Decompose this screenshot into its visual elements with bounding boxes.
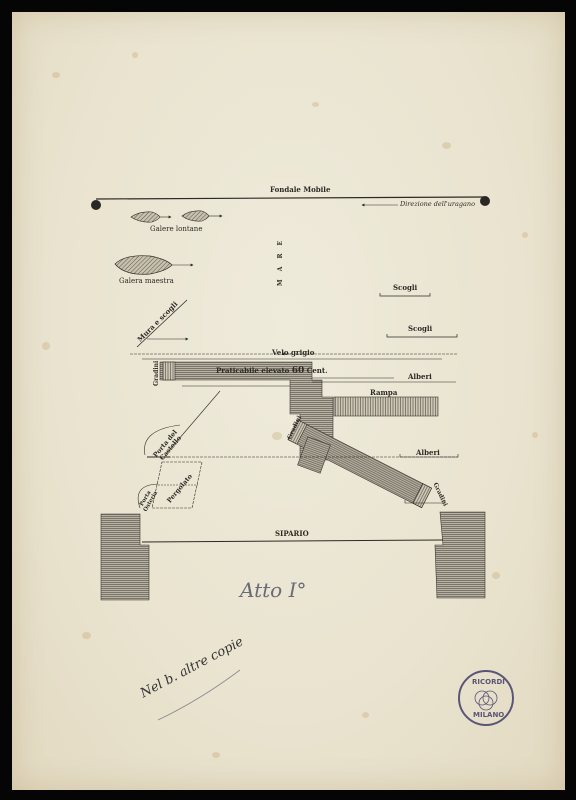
steps-left (163, 362, 175, 380)
label-alberi-1: Alberi (408, 373, 432, 380)
label-rampa: Rampa (370, 389, 397, 396)
label-praticabile: Praticabile elevato 60 Cent. (216, 367, 328, 376)
label-sipario: SIPARIO (275, 530, 309, 537)
label-gradini-left: Gradini (154, 361, 160, 386)
label-scogli-1: Scogli (393, 284, 417, 291)
label-scogli-2: Scogli (408, 325, 432, 332)
label-galera-maestra: Galera maestra (119, 278, 174, 285)
fondale-line (96, 197, 485, 199)
ricordi-stamp: RICORDI MILANO (458, 670, 514, 726)
main-galley-icon (115, 256, 172, 275)
curtain-line (142, 540, 443, 542)
galley-icon (131, 212, 160, 222)
galley-icon (182, 211, 209, 221)
fondale-drum-right-icon (480, 196, 490, 206)
fondale-drum-left-icon (91, 200, 101, 210)
label-fondale: Fondale Mobile (270, 186, 330, 193)
act-annotation: Atto I° (240, 578, 306, 602)
proscenium-left (101, 514, 149, 600)
label-direzione: Direzione dell'uragano (400, 201, 475, 208)
label-alberi-2: Alberi (416, 449, 440, 456)
label-galere-lontane: Galere lontane (150, 226, 202, 233)
proscenium-right (435, 512, 485, 598)
ramp (334, 397, 438, 416)
label-mare: M A R E (278, 238, 284, 286)
label-velo-grigio: Velo grigio (272, 349, 314, 356)
